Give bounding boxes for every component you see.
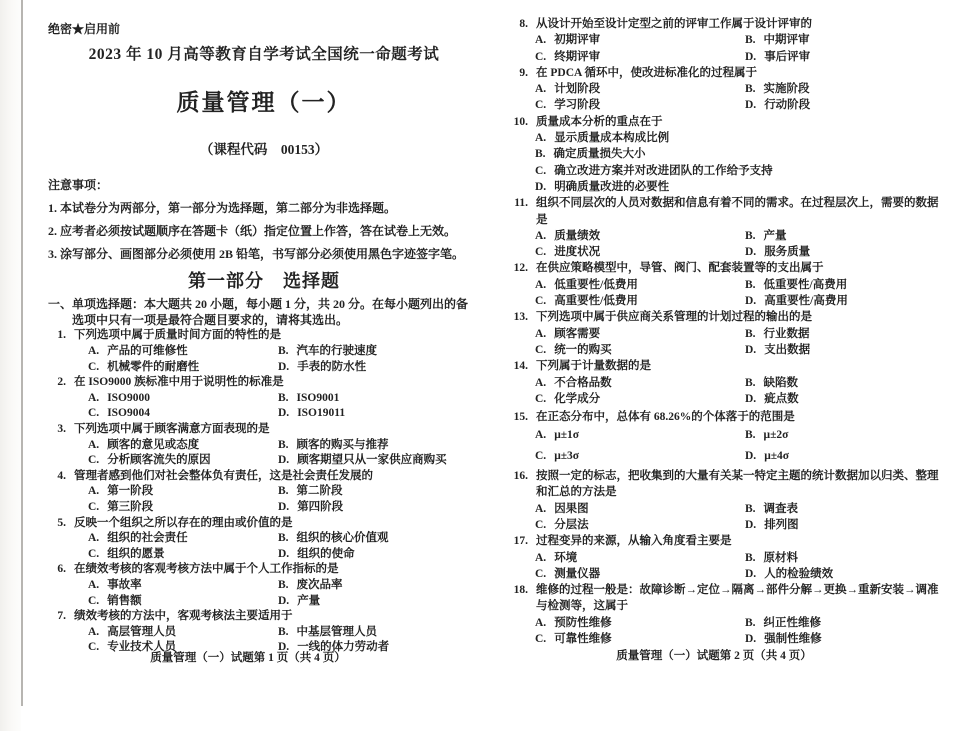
- option-A: A.μ±1σ: [535, 425, 745, 445]
- exam-title: 质量管理（一）: [48, 84, 480, 117]
- option-text: 顾客的购买与推荐: [297, 438, 480, 454]
- option-text: 汽车的行驶速度: [297, 344, 480, 360]
- option-label: C.: [535, 391, 546, 407]
- option-label: D.: [745, 97, 756, 113]
- option-B: B.实施阶段: [745, 81, 945, 97]
- course-code: （课程代码 00153）: [48, 138, 480, 158]
- question-15: 15.在正态分布中，总体有 68.26%的个体落于的范围是A.μ±1σB.μ±2…: [504, 409, 945, 466]
- option-D: D.高重要性/高费用: [745, 293, 945, 309]
- option-C: C.高重要性/低费用: [535, 293, 745, 309]
- option-D: D.第四阶段: [278, 500, 480, 516]
- question-text: 下列选项中属于顾客满意方面表现的是: [74, 422, 480, 438]
- option-text: 计划阶段: [554, 81, 745, 97]
- option-label: C.: [88, 594, 99, 610]
- option-label: C.: [535, 517, 546, 533]
- option-text: 事后评审: [764, 49, 945, 65]
- option-label: B.: [745, 326, 756, 342]
- option-B: B.纠正性维修: [745, 615, 945, 631]
- option-text: 化学成分: [554, 391, 745, 407]
- option-C: C.统一的购买: [535, 342, 745, 358]
- question-number: 7.: [48, 609, 66, 625]
- option-label: C.: [88, 406, 99, 422]
- option-label: A.: [535, 427, 546, 443]
- scan-page-edge: [0, 0, 21, 731]
- option-D: D.ISO19011: [278, 406, 480, 422]
- part-title: 第一部分 选择题: [48, 269, 480, 293]
- questions-column-left: 1.下列选项中属于质量时间方面的特性的是A.产品的可维修性B.汽车的行驶速度C.…: [48, 328, 480, 655]
- option-D: D.疵点数: [745, 391, 945, 407]
- question-13: 13.下列选项中属于供应商关系管理的计划过程的输出的是A.顾客需要B.行业数据C…: [504, 309, 945, 358]
- question-text: 下列选项中属于供应商关系管理的计划过程的输出的是: [536, 309, 945, 325]
- option-label: B.: [745, 375, 756, 391]
- option-label: C.: [88, 500, 99, 516]
- question-11: 11.组织不同层次的人员对数据和信息有着不同的需求。在过程层次上，需要的数据是A…: [504, 195, 945, 260]
- question-text: 组织不同层次的人员对数据和信息有着不同的需求。在过程层次上，需要的数据是: [536, 195, 945, 228]
- option-label: C.: [535, 566, 546, 582]
- question-stem: 4.管理者感到他们对社会整体负有责任，这是社会责任发展的: [48, 469, 480, 485]
- option-B: B.中基层管理人员: [278, 625, 480, 641]
- question-number: 3.: [48, 422, 66, 438]
- question-number: 10.: [504, 114, 528, 130]
- option-label: D.: [745, 566, 756, 582]
- option-text: 行业数据: [764, 326, 945, 342]
- option-label: D.: [745, 293, 756, 309]
- option-text: 顾客需要: [554, 326, 745, 342]
- option-text: μ±1σ: [554, 427, 745, 443]
- option-text: 实施阶段: [764, 81, 945, 97]
- option-label: A.: [535, 615, 546, 631]
- question-text: 在正态分布中，总体有 68.26%的个体落于的范围是: [536, 409, 945, 425]
- option-A: A.组织的社会责任: [88, 531, 278, 547]
- option-label: D.: [745, 49, 756, 65]
- option-text: 废次品率: [297, 578, 480, 594]
- question-text: 下列选项中属于质量时间方面的特性的是: [74, 328, 480, 344]
- option-label: C.: [535, 631, 546, 647]
- option-text: 确定质量损失大小: [554, 146, 945, 162]
- option-B: B.μ±2σ: [745, 425, 945, 445]
- option-label: C.: [535, 293, 546, 309]
- option-D: D.μ±4σ: [745, 446, 945, 466]
- options: A.计划阶段B.实施阶段C.学习阶段D.行动阶段: [504, 81, 945, 114]
- question-10: 10.质量成本分析的重点在于A.显示质量成本构成比例B.确定质量损失大小C.确立…: [504, 114, 945, 195]
- option-text: ISO19011: [297, 406, 480, 422]
- question-number: 4.: [48, 469, 66, 485]
- question-12: 12.在供应策略模型中，导管、阀门、配套装置等的支出属于A.低重要性/低费用B.…: [504, 260, 945, 309]
- question-stem: 16.按照一定的标志，把收集到的大量有关某一特定主题的统计数据加以归类、整理和汇…: [504, 468, 945, 501]
- options: A.ISO9000B.ISO9001C.ISO9004D.ISO19011: [48, 391, 480, 422]
- option-label: A.: [535, 375, 546, 391]
- option-B: B.确定质量损失大小: [535, 146, 945, 162]
- option-label: B.: [745, 81, 756, 97]
- option-A: A.因果图: [535, 501, 745, 517]
- option-text: 第二阶段: [297, 484, 480, 500]
- question-text: 在绩效考核的客观考核方法中属于个人工作指标的是: [74, 562, 480, 578]
- option-A: A.计划阶段: [535, 81, 745, 97]
- option-text: 测量仪器: [554, 566, 745, 582]
- question-number: 11.: [504, 195, 528, 228]
- question-number: 6.: [48, 562, 66, 578]
- question-number: 15.: [504, 409, 528, 425]
- question-stem: 10.质量成本分析的重点在于: [504, 114, 945, 130]
- option-A: A.低重要性/低费用: [535, 277, 745, 293]
- option-B: B.顾客的购买与推荐: [278, 438, 480, 454]
- page-footer-2: 质量管理（一）试题第 2 页（共 4 页）: [504, 647, 924, 663]
- question-stem: 1.下列选项中属于质量时间方面的特性的是: [48, 328, 480, 344]
- option-B: B.ISO9001: [278, 391, 480, 407]
- section-instruction: 一、 单项选择题：本大题共 20 小题，每小题 1 分，共 20 分。在每小题列…: [48, 296, 480, 328]
- question-stem: 15.在正态分布中，总体有 68.26%的个体落于的范围是: [504, 409, 945, 425]
- option-A: A.高层管理人员: [88, 625, 278, 641]
- secrecy-label: 绝密★启用前: [48, 20, 480, 37]
- scan-edge-line: [21, 0, 23, 706]
- question-number: 12.: [504, 260, 528, 276]
- option-text: 强制性维修: [764, 631, 945, 647]
- option-label: D.: [745, 342, 756, 358]
- question-text: 在供应策略模型中，导管、阀门、配套装置等的支出属于: [536, 260, 945, 276]
- note-item-3: 3. 涂写部分、画图部分必须使用 2B 铅笔，书写部分必须使用黑色字迹签字笔。: [48, 243, 480, 266]
- option-text: 进度状况: [554, 244, 745, 260]
- option-B: B.废次品率: [278, 578, 480, 594]
- option-A: A.顾客的意见或态度: [88, 438, 278, 454]
- question-1: 1.下列选项中属于质量时间方面的特性的是A.产品的可维修性B.汽车的行驶速度C.…: [48, 328, 480, 375]
- option-C: C.μ±3σ: [535, 446, 745, 466]
- option-label: B.: [745, 615, 756, 631]
- option-text: 组织的核心价值观: [297, 531, 480, 547]
- option-C: C.化学成分: [535, 391, 745, 407]
- options: A.因果图B.调查表C.分层法D.排列图: [504, 501, 945, 534]
- option-A: A.预防性维修: [535, 615, 745, 631]
- options: A.事故率B.废次品率C.销售额D.产量: [48, 578, 480, 609]
- question-text: 维修的过程一般是：故障诊断→定位→隔离→部件分解→更换→重新安装→调准与检测等，…: [536, 582, 945, 615]
- option-label: C.: [88, 360, 99, 376]
- option-text: 产量: [764, 228, 945, 244]
- option-D: D.服务质量: [745, 244, 945, 260]
- option-C: C.确立改进方案并对改进团队的工作给予支持: [535, 163, 945, 179]
- option-text: 顾客期望只从一家供应商购买: [297, 453, 480, 469]
- option-D: D.事后评审: [745, 49, 945, 65]
- option-label: C.: [535, 163, 546, 179]
- option-text: 服务质量: [764, 244, 945, 260]
- option-A: A.产品的可维修性: [88, 344, 278, 360]
- option-text: 终期评审: [554, 49, 745, 65]
- option-text: ISO9004: [107, 406, 278, 422]
- option-label: A.: [88, 625, 99, 641]
- option-label: B.: [278, 531, 289, 547]
- option-text: 质量绩效: [554, 228, 745, 244]
- option-text: 明确质量改进的必要性: [554, 179, 945, 195]
- option-text: 预防性维修: [554, 615, 745, 631]
- options: A.组织的社会责任B.组织的核心价值观C.组织的愿景D.组织的使命: [48, 531, 480, 562]
- question-number: 8.: [504, 16, 528, 32]
- option-label: D.: [278, 406, 289, 422]
- options: A.预防性维修B.纠正性维修C.可靠性维修D.强制性维修: [504, 615, 945, 648]
- option-label: A.: [535, 32, 546, 48]
- option-text: 分析顾客流失的原因: [107, 453, 278, 469]
- option-label: D.: [278, 547, 289, 563]
- question-3: 3.下列选项中属于顾客满意方面表现的是A.顾客的意见或态度B.顾客的购买与推荐C…: [48, 422, 480, 469]
- option-text: 缺陷数: [764, 375, 945, 391]
- option-D: D.明确质量改进的必要性: [535, 179, 945, 195]
- option-text: 手表的防水性: [297, 360, 480, 376]
- option-B: B.原材料: [745, 550, 945, 566]
- question-number: 18.: [504, 582, 528, 615]
- option-text: 产量: [297, 594, 480, 610]
- option-label: A.: [535, 501, 546, 517]
- option-label: B.: [278, 344, 289, 360]
- option-label: C.: [88, 547, 99, 563]
- option-label: A.: [88, 344, 99, 360]
- option-text: 纠正性维修: [764, 615, 945, 631]
- option-label: A.: [535, 130, 546, 146]
- option-label: B.: [278, 438, 289, 454]
- option-B: B.中期评审: [745, 32, 945, 48]
- option-text: 人的检验绩效: [764, 566, 945, 582]
- question-18: 18.维修的过程一般是：故障诊断→定位→隔离→部件分解→更换→重新安装→调准与检…: [504, 582, 945, 647]
- question-16: 16.按照一定的标志，把收集到的大量有关某一特定主题的统计数据加以归类、整理和汇…: [504, 468, 945, 533]
- options: A.低重要性/低费用B.低重要性/高费用C.高重要性/低费用D.高重要性/高费用: [504, 277, 945, 310]
- question-text: 在 PDCA 循环中，使改进标准化的过程属于: [536, 65, 945, 81]
- question-5: 5.反映一个组织之所以存在的理由或价值的是A.组织的社会责任B.组织的核心价值观…: [48, 516, 480, 563]
- option-C: C.ISO9004: [88, 406, 278, 422]
- question-stem: 14.下列属于计量数据的是: [504, 358, 945, 374]
- option-label: C.: [535, 97, 546, 113]
- option-label: D.: [278, 360, 289, 376]
- option-text: 环境: [554, 550, 745, 566]
- option-label: B.: [745, 427, 756, 443]
- option-text: 第三阶段: [107, 500, 278, 516]
- option-label: B.: [745, 277, 756, 293]
- option-text: ISO9000: [107, 391, 278, 407]
- option-C: C.组织的愿景: [88, 547, 278, 563]
- option-text: 疵点数: [764, 391, 945, 407]
- option-text: 低重要性/高费用: [764, 277, 945, 293]
- option-label: B.: [745, 501, 756, 517]
- option-A: A.质量绩效: [535, 228, 745, 244]
- option-text: 可靠性维修: [554, 631, 745, 647]
- option-text: 顾客的意见或态度: [107, 438, 278, 454]
- question-number: 9.: [504, 65, 528, 81]
- question-stem: 9.在 PDCA 循环中，使改进标准化的过程属于: [504, 65, 945, 81]
- question-8: 8.从设计开始至设计定型之前的评审工作属于设计评审的A.初期评审B.中期评审C.…: [504, 16, 945, 65]
- question-number: 16.: [504, 468, 528, 501]
- question-stem: 5.反映一个组织之所以存在的理由或价值的是: [48, 516, 480, 532]
- option-C: C.第三阶段: [88, 500, 278, 516]
- question-number: 2.: [48, 375, 66, 391]
- option-B: B.行业数据: [745, 326, 945, 342]
- options: A.不合格品数B.缺陷数C.化学成分D.疵点数: [504, 375, 945, 408]
- question-text: 反映一个组织之所以存在的理由或价值的是: [74, 516, 480, 532]
- option-label: D.: [278, 453, 289, 469]
- options: A.μ±1σB.μ±2σC.μ±3σD.μ±4σ: [504, 425, 945, 466]
- option-text: 调查表: [764, 501, 945, 517]
- option-A: A.顾客需要: [535, 326, 745, 342]
- question-stem: 11.组织不同层次的人员对数据和信息有着不同的需求。在过程层次上，需要的数据是: [504, 195, 945, 228]
- option-D: D.强制性维修: [745, 631, 945, 647]
- notes-heading: 注意事项：: [48, 174, 480, 197]
- option-label: A.: [88, 391, 99, 407]
- note-item-1: 1. 本试卷分为两部分，第一部分为选择题，第二部分为非选择题。: [48, 197, 480, 220]
- option-label: D.: [745, 517, 756, 533]
- options: A.顾客的意见或态度B.顾客的购买与推荐C.分析顾客流失的原因D.顾客期望只从一…: [48, 438, 480, 469]
- option-B: B.第二阶段: [278, 484, 480, 500]
- exam-page-2: 8.从设计开始至设计定型之前的评审工作属于设计评审的A.初期评审B.中期评审C.…: [504, 16, 945, 647]
- option-C: C.终期评审: [535, 49, 745, 65]
- option-label: C.: [535, 244, 546, 260]
- question-number: 13.: [504, 309, 528, 325]
- option-text: ISO9001: [297, 391, 480, 407]
- option-text: 行动阶段: [764, 97, 945, 113]
- option-label: B.: [278, 484, 289, 500]
- option-D: D.产量: [278, 594, 480, 610]
- options: A.环境B.原材料C.测量仪器D.人的检验绩效: [504, 550, 945, 583]
- option-C: C.进度状况: [535, 244, 745, 260]
- option-label: D.: [278, 594, 289, 610]
- option-D: D.手表的防水性: [278, 360, 480, 376]
- option-C: C.销售额: [88, 594, 278, 610]
- question-17: 17.过程变异的来源，从输入角度看主要是A.环境B.原材料C.测量仪器D.人的检…: [504, 533, 945, 582]
- option-D: D.行动阶段: [745, 97, 945, 113]
- option-label: C.: [88, 453, 99, 469]
- question-stem: 8.从设计开始至设计定型之前的评审工作属于设计评审的: [504, 16, 945, 32]
- question-text: 从设计开始至设计定型之前的评审工作属于设计评审的: [536, 16, 945, 32]
- options: A.质量绩效B.产量C.进度状况D.服务质量: [504, 228, 945, 261]
- option-B: B.汽车的行驶速度: [278, 344, 480, 360]
- option-label: C.: [535, 448, 546, 464]
- option-text: 初期评审: [554, 32, 745, 48]
- option-text: 高重要性/低费用: [554, 293, 745, 309]
- option-label: C.: [535, 342, 546, 358]
- options: A.产品的可维修性B.汽车的行驶速度C.机械零件的耐磨性D.手表的防水性: [48, 344, 480, 375]
- question-number: 1.: [48, 328, 66, 344]
- option-label: A.: [88, 438, 99, 454]
- option-text: 不合格品数: [554, 375, 745, 391]
- section-number: 一、: [48, 296, 72, 328]
- question-text: 质量成本分析的重点在于: [536, 114, 945, 130]
- option-text: 机械零件的耐磨性: [107, 360, 278, 376]
- option-text: μ±2σ: [764, 427, 945, 443]
- question-2: 2.在 ISO9000 族标准中用于说明性的标准是A.ISO9000B.ISO9…: [48, 375, 480, 422]
- option-C: C.分析顾客流失的原因: [88, 453, 278, 469]
- question-number: 14.: [504, 358, 528, 374]
- option-D: D.顾客期望只从一家供应商购买: [278, 453, 480, 469]
- option-C: C.测量仪器: [535, 566, 745, 582]
- option-text: 确立改进方案并对改进团队的工作给予支持: [554, 163, 945, 179]
- option-text: μ±4σ: [764, 448, 945, 464]
- option-text: 中基层管理人员: [297, 625, 480, 641]
- option-B: B.产量: [745, 228, 945, 244]
- option-label: D.: [278, 500, 289, 516]
- option-label: B.: [745, 32, 756, 48]
- option-text: 组织的社会责任: [107, 531, 278, 547]
- option-A: A.不合格品数: [535, 375, 745, 391]
- question-6: 6.在绩效考核的客观考核方法中属于个人工作指标的是A.事故率B.废次品率C.销售…: [48, 562, 480, 609]
- question-text: 管理者感到他们对社会整体负有责任，这是社会责任发展的: [74, 469, 480, 485]
- option-A: A.ISO9000: [88, 391, 278, 407]
- option-label: A.: [88, 484, 99, 500]
- option-A: A.第一阶段: [88, 484, 278, 500]
- page-footer-1: 质量管理（一）试题第 1 页（共 4 页）: [48, 649, 448, 665]
- option-B: B.调查表: [745, 501, 945, 517]
- option-text: 产品的可维修性: [107, 344, 278, 360]
- option-label: A.: [535, 326, 546, 342]
- option-text: 第四阶段: [297, 500, 480, 516]
- question-stem: 3.下列选项中属于顾客满意方面表现的是: [48, 422, 480, 438]
- option-label: D.: [745, 631, 756, 647]
- option-label: A.: [88, 531, 99, 547]
- option-text: 低重要性/低费用: [554, 277, 745, 293]
- options: A.初期评审B.中期评审C.终期评审D.事后评审: [504, 32, 945, 65]
- option-C: C.机械零件的耐磨性: [88, 360, 278, 376]
- question-stem: 17.过程变异的来源，从输入角度看主要是: [504, 533, 945, 549]
- question-text: 绩效考核的方法中，客观考核法主要适用于: [74, 609, 480, 625]
- option-D: D.排列图: [745, 517, 945, 533]
- option-A: A.事故率: [88, 578, 278, 594]
- option-B: B.缺陷数: [745, 375, 945, 391]
- option-label: A.: [88, 578, 99, 594]
- option-C: C.分层法: [535, 517, 745, 533]
- option-text: 因果图: [554, 501, 745, 517]
- section-instruction-text: 单项选择题：本大题共 20 小题，每小题 1 分，共 20 分。在每小题列出的备…: [72, 296, 480, 328]
- question-stem: 12.在供应策略模型中，导管、阀门、配套装置等的支出属于: [504, 260, 945, 276]
- question-text: 在 ISO9000 族标准中用于说明性的标准是: [74, 375, 480, 391]
- option-A: A.环境: [535, 550, 745, 566]
- question-stem: 7.绩效考核的方法中，客观考核法主要适用于: [48, 609, 480, 625]
- option-text: 原材料: [764, 550, 945, 566]
- option-text: 组织的使命: [297, 547, 480, 563]
- question-text: 按照一定的标志，把收集到的大量有关某一特定主题的统计数据加以归类、整理和汇总的方…: [536, 468, 945, 501]
- question-stem: 6.在绩效考核的客观考核方法中属于个人工作指标的是: [48, 562, 480, 578]
- question-4: 4.管理者感到他们对社会整体负有责任，这是社会责任发展的A.第一阶段B.第二阶段…: [48, 469, 480, 516]
- option-B: B.低重要性/高费用: [745, 277, 945, 293]
- option-label: B.: [278, 578, 289, 594]
- option-label: B.: [745, 228, 756, 244]
- exam-page-1: 绝密★启用前 2023 年 10 月高等教育自学考试全国统一命题考试 质量管理（…: [48, 0, 480, 656]
- question-stem: 13.下列选项中属于供应商关系管理的计划过程的输出的是: [504, 309, 945, 325]
- option-text: 统一的购买: [554, 342, 745, 358]
- option-A: A.初期评审: [535, 32, 745, 48]
- option-text: 学习阶段: [554, 97, 745, 113]
- option-D: D.支出数据: [745, 342, 945, 358]
- options: A.顾客需要B.行业数据C.统一的购买D.支出数据: [504, 326, 945, 359]
- option-text: 组织的愿景: [107, 547, 278, 563]
- option-label: D.: [745, 391, 756, 407]
- question-stem: 2.在 ISO9000 族标准中用于说明性的标准是: [48, 375, 480, 391]
- options: A.第一阶段B.第二阶段C.第三阶段D.第四阶段: [48, 484, 480, 515]
- question-stem: 18.维修的过程一般是：故障诊断→定位→隔离→部件分解→更换→重新安装→调准与检…: [504, 582, 945, 615]
- option-label: B.: [278, 625, 289, 641]
- option-text: 分层法: [554, 517, 745, 533]
- option-label: C.: [535, 49, 546, 65]
- question-text: 下列属于计量数据的是: [536, 358, 945, 374]
- option-A: A.显示质量成本构成比例: [535, 130, 945, 146]
- question-14: 14.下列属于计量数据的是A.不合格品数B.缺陷数C.化学成分D.疵点数: [504, 358, 945, 407]
- exam-session-title: 2023 年 10 月高等教育自学考试全国统一命题考试: [48, 42, 480, 64]
- question-number: 17.: [504, 533, 528, 549]
- option-text: 支出数据: [764, 342, 945, 358]
- option-text: 高重要性/高费用: [764, 293, 945, 309]
- option-label: B.: [278, 391, 289, 407]
- question-text: 过程变异的来源，从输入角度看主要是: [536, 533, 945, 549]
- option-text: 销售额: [107, 594, 278, 610]
- option-D: D.人的检验绩效: [745, 566, 945, 582]
- question-9: 9.在 PDCA 循环中，使改进标准化的过程属于A.计划阶段B.实施阶段C.学习…: [504, 65, 945, 114]
- option-D: D.组织的使命: [278, 547, 480, 563]
- option-text: 显示质量成本构成比例: [554, 130, 945, 146]
- option-label: A.: [535, 277, 546, 293]
- option-text: 高层管理人员: [107, 625, 278, 641]
- option-label: A.: [535, 550, 546, 566]
- options: A.显示质量成本构成比例B.确定质量损失大小C.确立改进方案并对改进团队的工作给…: [504, 130, 945, 195]
